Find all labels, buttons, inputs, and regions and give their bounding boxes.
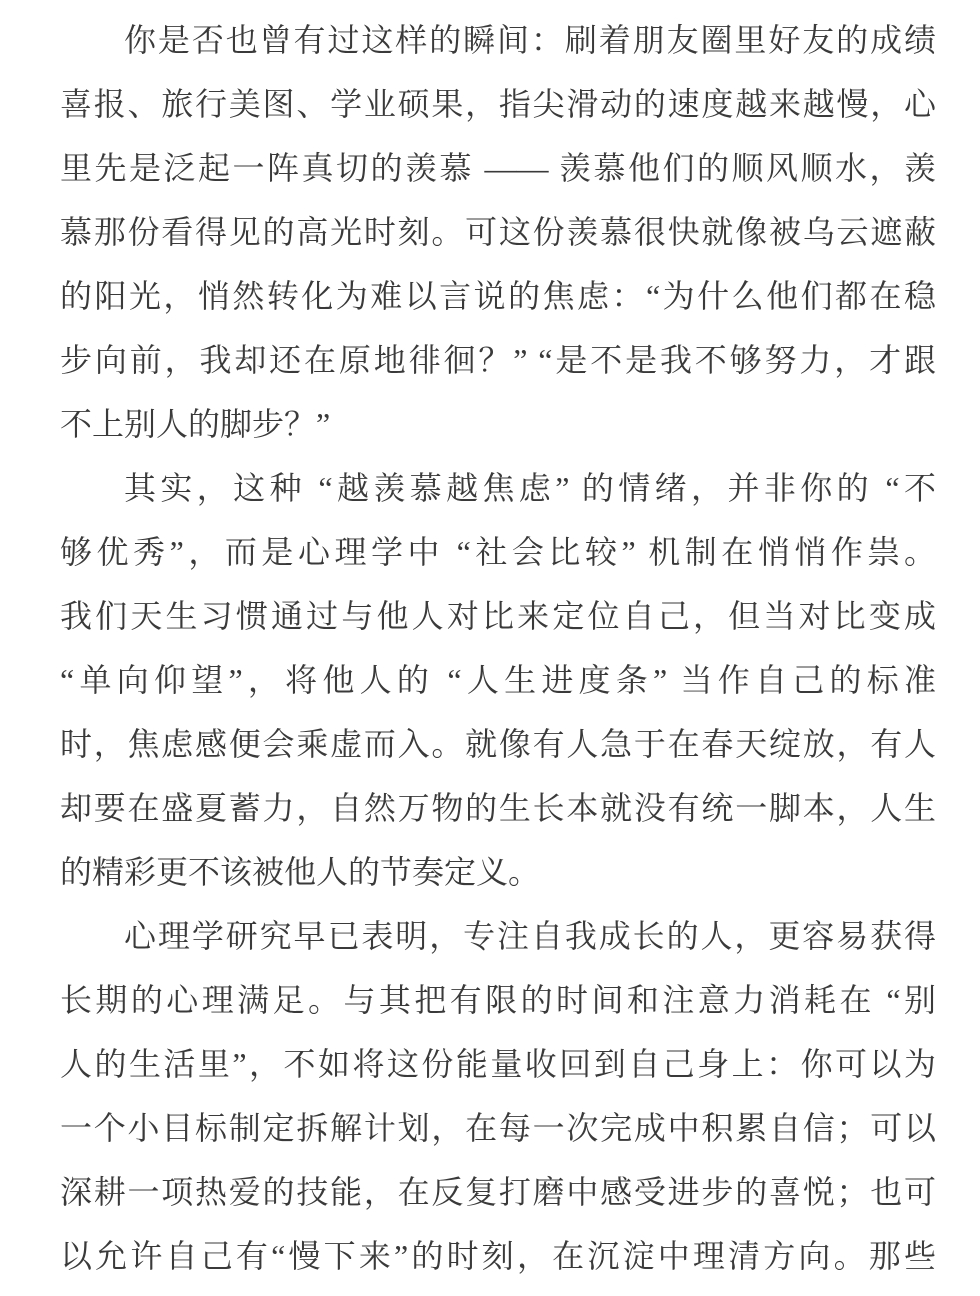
- text-line: 的精彩更不该被他人的节奏定义。: [60, 840, 936, 904]
- text-line: 长期的心理满足。与其把有限的时间和注意力消耗在 “别: [60, 968, 936, 1032]
- text-paragraph: 你是否也曾有过这样的瞬间：刷着朋友圈里好友的成绩喜报、旅行美图、学业硕果，指尖滑…: [60, 8, 936, 456]
- document-page: 你是否也曾有过这样的瞬间：刷着朋友圈里好友的成绩喜报、旅行美图、学业硕果，指尖滑…: [0, 0, 980, 1296]
- text-line: 以允许自己有“慢下来”的时刻，在沉淀中理清方向。那些: [60, 1224, 936, 1288]
- text-line: 慕那份看得见的高光时刻。可这份羡慕很快就像被乌云遮蔽: [60, 200, 936, 264]
- text-line: 够优秀”，而是心理学中 “社会比较” 机制在悄悄作祟。: [60, 520, 936, 584]
- text-paragraph: 心理学研究早已表明，专注自我成长的人，更容易获得长期的心理满足。与其把有限的时间…: [60, 904, 936, 1288]
- text-line: 一个小目标制定拆解计划，在每一次完成中积累自信；可以: [60, 1096, 936, 1160]
- text-line: 深耕一项热爱的技能，在反复打磨中感受进步的喜悦；也可: [60, 1160, 936, 1224]
- text-line: 时，焦虑感便会乘虚而入。就像有人急于在春天绽放，有人: [60, 712, 936, 776]
- text-line: 不上别人的脚步？”: [60, 392, 936, 456]
- text-line: 你是否也曾有过这样的瞬间：刷着朋友圈里好友的成绩: [60, 8, 936, 72]
- text-line: 人的生活里”，不如将这份能量收回到自己身上：你可以为: [60, 1032, 936, 1096]
- text-line: 步向前，我却还在原地徘徊？” “是不是我不够努力，才跟: [60, 328, 936, 392]
- document-body: 你是否也曾有过这样的瞬间：刷着朋友圈里好友的成绩喜报、旅行美图、学业硕果，指尖滑…: [60, 8, 936, 1288]
- text-line: 其实，这种 “越羡慕越焦虑” 的情绪，并非你的 “不: [60, 456, 936, 520]
- text-line: 却要在盛夏蓄力，自然万物的生长本就没有统一脚本，人生: [60, 776, 936, 840]
- text-line: 我们天生习惯通过与他人对比来定位自己，但当对比变成: [60, 584, 936, 648]
- text-line: 喜报、旅行美图、学业硕果，指尖滑动的速度越来越慢，心: [60, 72, 936, 136]
- text-paragraph: 其实，这种 “越羡慕越焦虑” 的情绪，并非你的 “不够优秀”，而是心理学中 “社…: [60, 456, 936, 904]
- text-line: “单向仰望”，将他人的 “人生进度条” 当作自己的标准: [60, 648, 936, 712]
- text-line: 的阳光，悄然转化为难以言说的焦虑：“为什么他们都在稳: [60, 264, 936, 328]
- text-line: 里先是泛起一阵真切的羡慕 —— 羡慕他们的顺风顺水，羡: [60, 136, 936, 200]
- text-line: 心理学研究早已表明，专注自我成长的人，更容易获得: [60, 904, 936, 968]
